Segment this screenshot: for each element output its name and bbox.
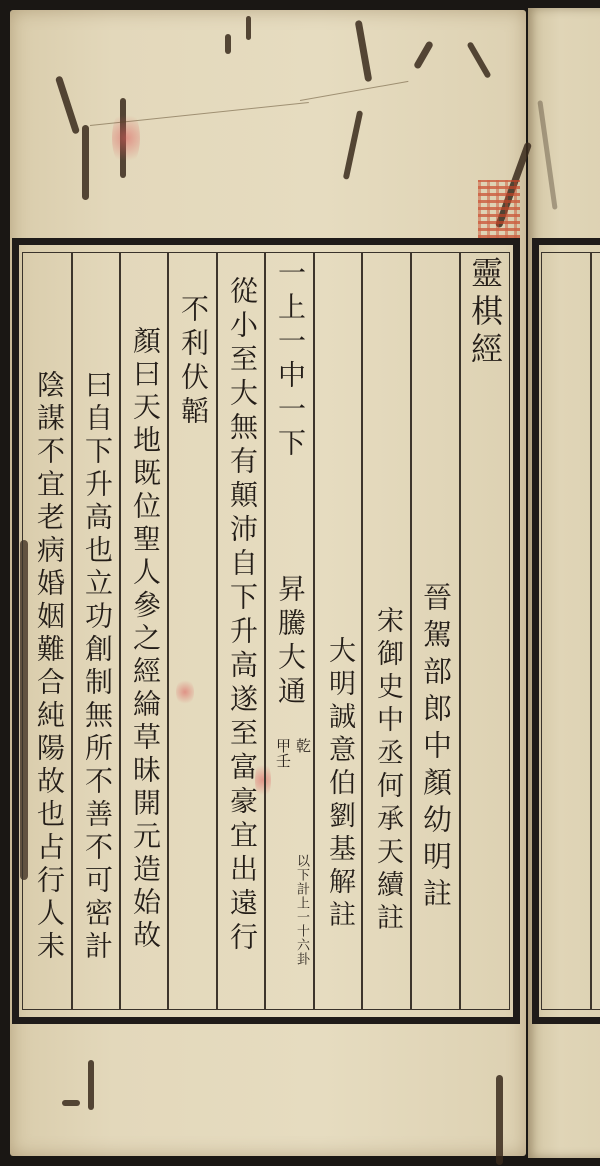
commentary-column-1: 顏曰天地既位聖人參之經綸草昧開元造始故: [121, 254, 169, 1008]
red-seal-stamp: [478, 180, 520, 238]
hexagram-column: 一上一中一下 昇騰大通 乾 甲壬 以下計上一十六卦: [266, 254, 314, 1008]
author-line-3: 大明誠意伯劉基解註: [315, 636, 363, 933]
worm-hole: [496, 1075, 503, 1165]
commentary-text-2: 曰自下升高也立功創制無所不善不可密計: [73, 370, 121, 964]
hexagram-note-jiaren: 甲壬: [274, 738, 291, 768]
author-column-1: 晉駕部郎中顏幼明註: [412, 254, 460, 1008]
book-title: 靈棋經: [461, 256, 509, 370]
author-column-3: 大明誠意伯劉基解註: [315, 254, 363, 1008]
hexagram-name: 昇騰大通: [266, 574, 314, 710]
next-page-column-line: [590, 252, 592, 1010]
commentary-column-2: 曰自下升高也立功創制無所不善不可密計: [73, 254, 121, 1008]
title-column: 靈棋經: [461, 254, 509, 1008]
commentary-text-1: 顏曰天地既位聖人參之經綸草昧開元造始故: [121, 326, 169, 953]
author-column-2: 宋御史中丞何承天續註: [363, 254, 411, 1008]
verse-text: 從小至大無有顛沛自下升高遂至富豪宜出遠行: [218, 276, 266, 956]
commentary-text-3: 陰謀不宜老病婚姻難合純陽故也占行人未: [25, 370, 73, 964]
worm-hole: [88, 1060, 94, 1110]
verse-column-2: 不利伏韜: [169, 254, 217, 1008]
worm-hole: [62, 1100, 80, 1106]
worm-hole: [246, 16, 251, 40]
hexagram-count-note: 以下計上一十六卦: [294, 854, 308, 966]
worm-hole: [82, 125, 89, 200]
hexagram-lines: 一上一中一下: [266, 258, 314, 462]
worm-hole: [225, 34, 231, 54]
hexagram-note-qian: 乾: [294, 738, 311, 753]
verse-column: 從小至大無有顛沛自下升高遂至富豪宜出遠行: [218, 254, 266, 1008]
author-line-2: 宋御史中丞何承天續註: [363, 606, 411, 936]
author-line-1: 晉駕部郎中顏幼明註: [412, 582, 460, 915]
red-stain: [112, 108, 140, 168]
commentary-column-3: 陰謀不宜老病婚姻難合純陽故也占行人未: [25, 254, 73, 1008]
verse-text-2: 不利伏韜: [169, 294, 217, 430]
